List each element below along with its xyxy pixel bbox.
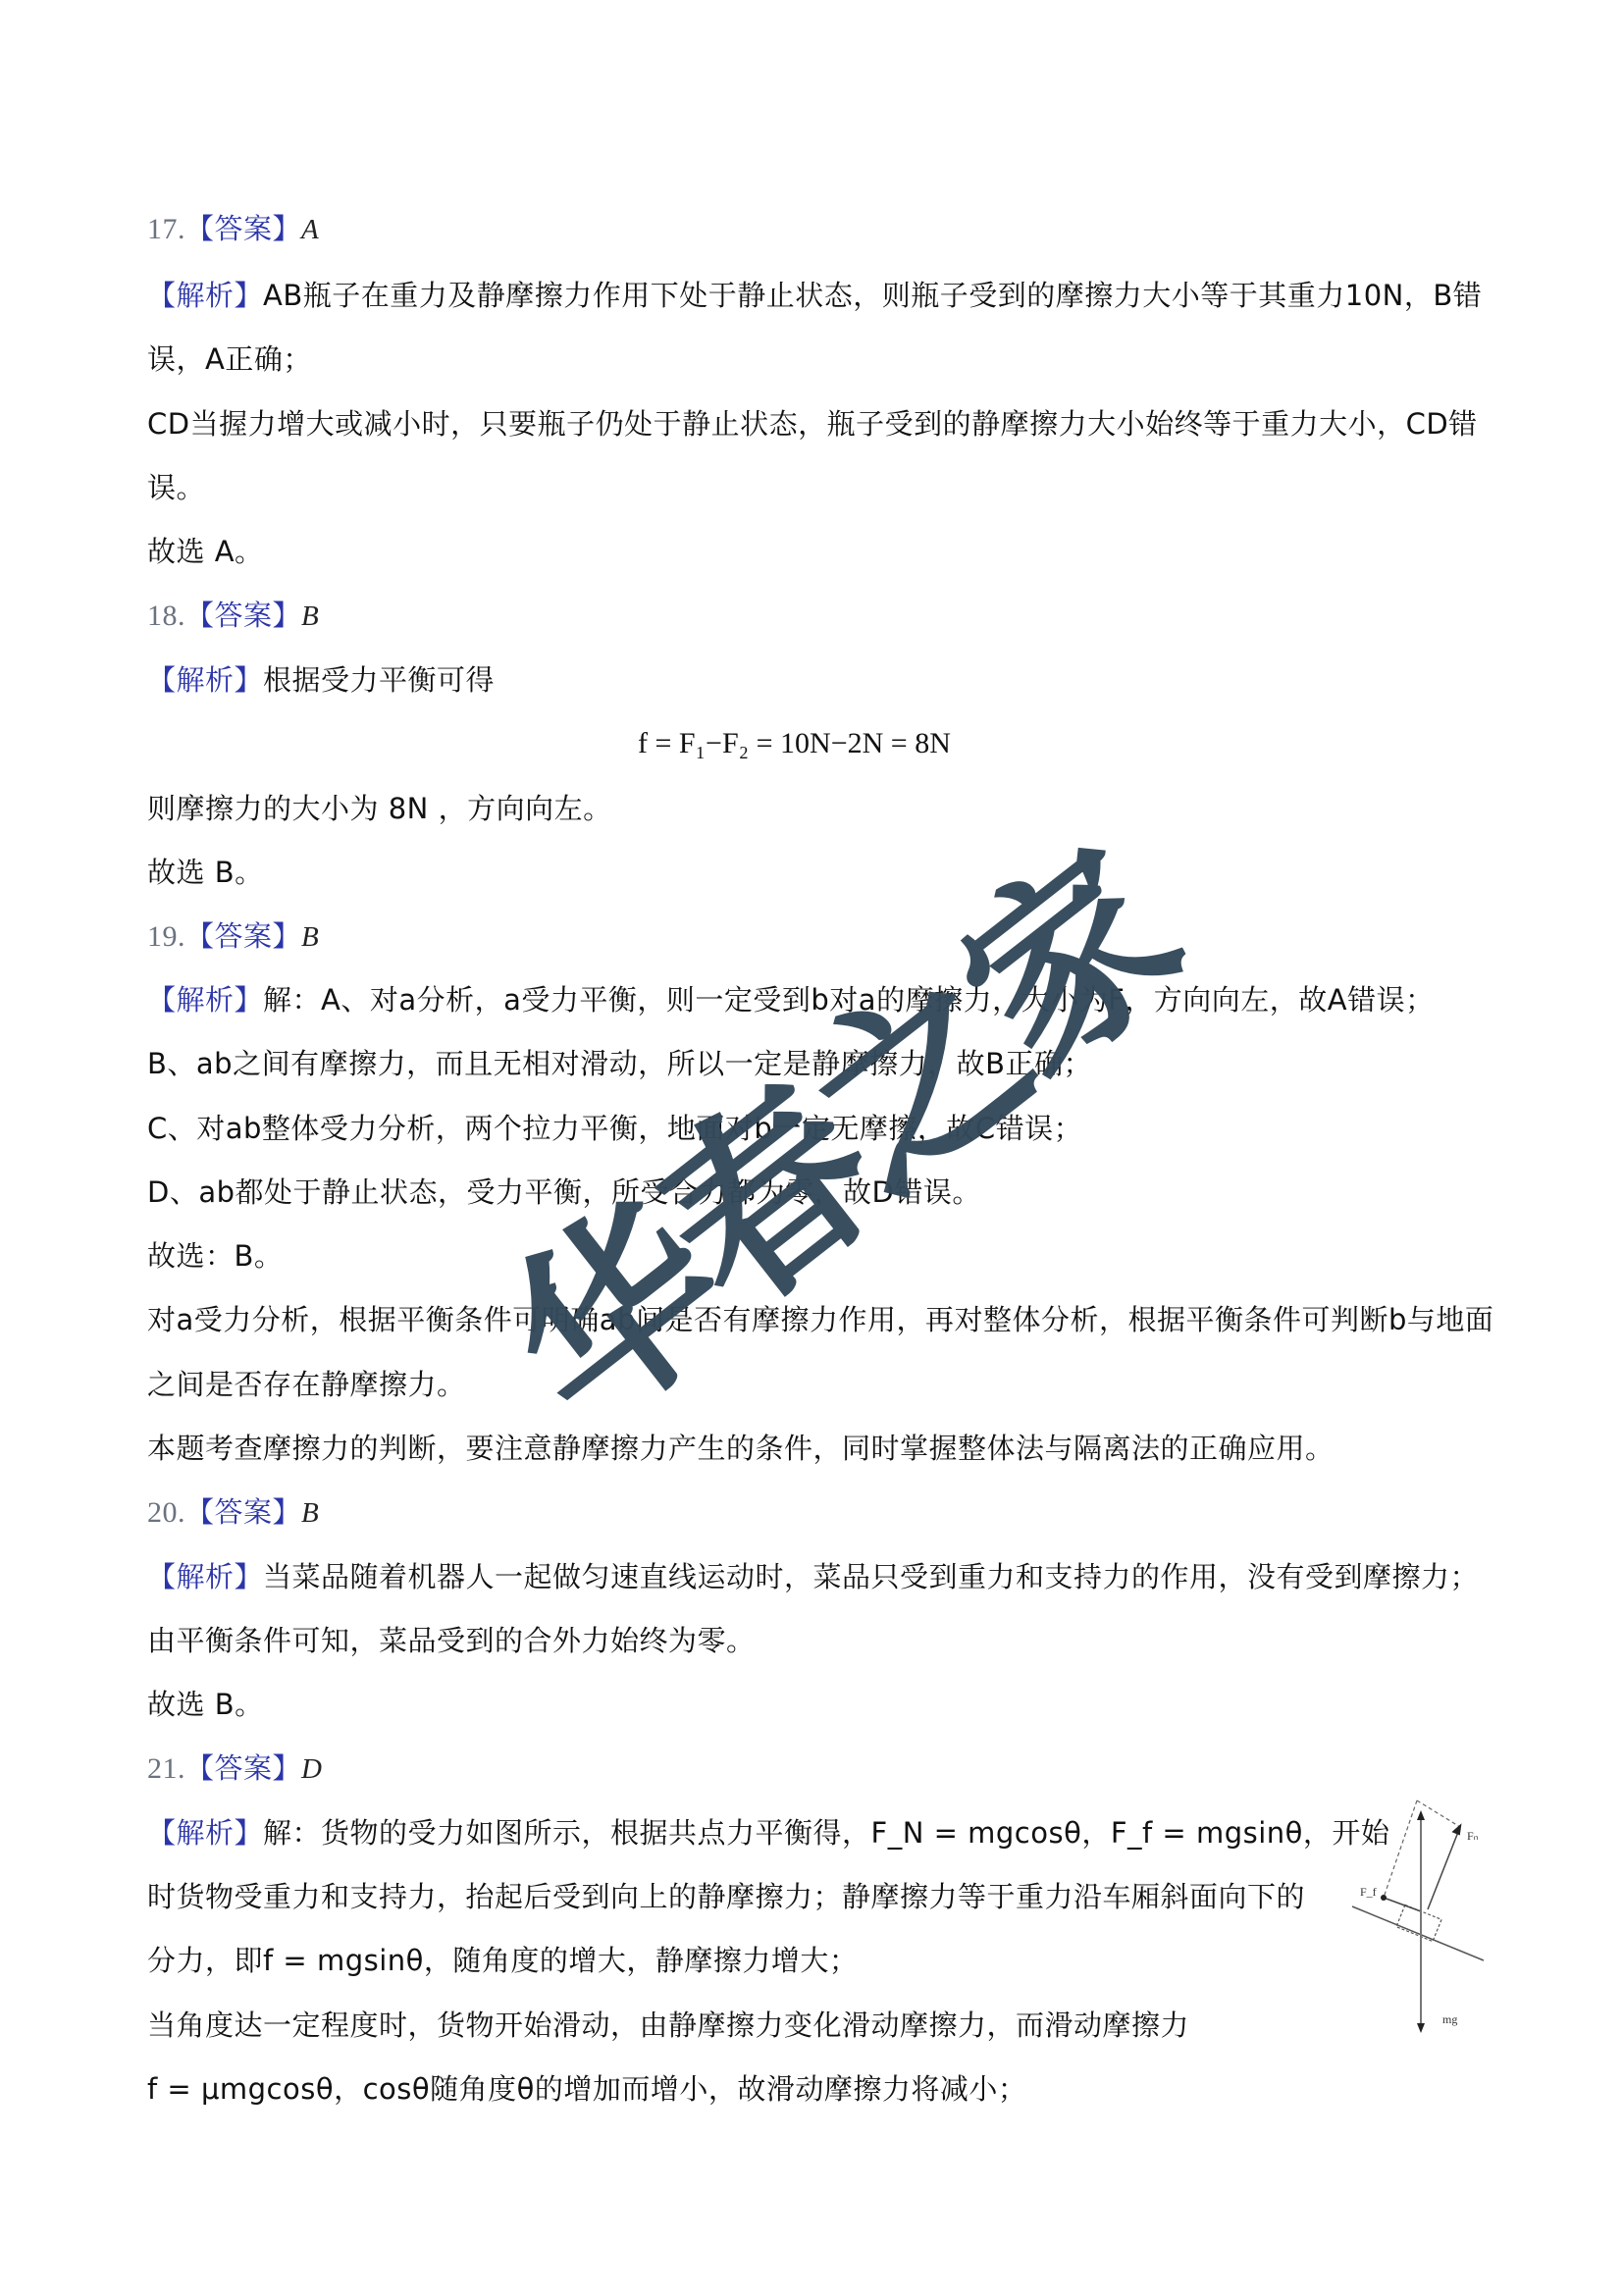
watermark: 华春之家 <box>462 818 1207 1479</box>
answer-value: D <box>301 1753 322 1785</box>
analysis-text: 解：A、对a分析，a受力平衡，则一定受到b对a的摩擦力，大小为F，方向向左，故A… <box>263 983 1435 1017</box>
q21-analysis-line-4: 当角度达一定程度时，货物开始滑动，由静摩擦力变化滑动摩擦力，而滑动摩擦力 <box>147 2006 1189 2045</box>
q17-conclusion: 故选 A。 <box>147 532 264 571</box>
q19-summary-line-2: 之间是否存在静摩擦力。 <box>147 1365 466 1404</box>
q17-analysis-line-4: 误。 <box>147 468 205 507</box>
q21-analysis-line-3: 分力，即f = mgsinθ，随角度的增大，静摩擦力增大； <box>147 1941 858 1980</box>
q20-header: 20.【答案】B <box>147 1492 319 1532</box>
answer-tag: 【答案】 <box>185 1495 301 1529</box>
incline-force-diagram-icon: Fₙ F_f mg <box>1335 1766 1501 2051</box>
force-diagram: Fₙ F_f mg <box>1335 1766 1501 2051</box>
q21-header: 21.【答案】D <box>147 1748 322 1788</box>
q17-header: 17.【答案】A <box>147 209 319 248</box>
q20-analysis-line-1: 【解析】当菜品随着机器人一起做匀速直线运动时，菜品只受到重力和支持力的作用，没有… <box>147 1557 1479 1596</box>
ff-label: F_f <box>1360 1885 1377 1899</box>
q20-analysis-line-2: 由平衡条件可知，菜品受到的合外力始终为零。 <box>147 1621 756 1660</box>
analysis-text: AB瓶子在重力及静摩擦力作用下处于静止状态，则瓶子受到的摩擦力大小等于其重力10… <box>263 279 1482 312</box>
question-number: 20. <box>147 1496 185 1529</box>
answer-tag: 【答案】 <box>185 919 301 953</box>
answer-value: B <box>301 921 319 953</box>
mg-label: mg <box>1442 2012 1457 2026</box>
q21-analysis-line-5: f = μmgcosθ，cosθ随角度θ的增加而增小，故滑动摩擦力将减小； <box>147 2069 1026 2109</box>
question-number: 19. <box>147 920 185 953</box>
answer-value: A <box>301 214 319 245</box>
answer-tag: 【答案】 <box>185 599 301 632</box>
q18-header: 18.【答案】B <box>147 596 319 635</box>
q19-summary-line-1: 对a受力分析，根据平衡条件可明确ab间是否有摩擦力作用，再对整体分析，根据平衡条… <box>147 1300 1493 1339</box>
q21-analysis-line-1: 【解析】解：货物的受力如图所示，根据共点力平衡得，F_N = mgcosθ，F_… <box>147 1813 1389 1852</box>
analysis-tag: 【解析】 <box>147 663 263 697</box>
q19-analysis-line-4: D、ab都处于静止状态，受力平衡，所受合力都为零，故D错误。 <box>147 1173 981 1212</box>
answer-value: B <box>301 1497 319 1529</box>
q17-analysis-line-1: 【解析】AB瓶子在重力及静摩擦力作用下处于静止状态，则瓶子受到的摩擦力大小等于其… <box>147 276 1482 315</box>
analysis-text: 根据受力平衡可得 <box>263 663 495 697</box>
answer-value: B <box>301 600 319 632</box>
q19-analysis-line-1: 【解析】解：A、对a分析，a受力平衡，则一定受到b对a的摩擦力，大小为F，方向向… <box>147 980 1435 1019</box>
analysis-tag: 【解析】 <box>147 1560 263 1593</box>
analysis-tag: 【解析】 <box>147 1816 263 1850</box>
q20-conclusion: 故选 B。 <box>147 1685 264 1724</box>
analysis-tag: 【解析】 <box>147 983 263 1017</box>
q17-analysis-line-2: 误，A正确； <box>147 339 312 379</box>
analysis-text: 解：货物的受力如图所示，根据共点力平衡得，F_N = mgcosθ，F_f = … <box>263 1816 1389 1850</box>
q18-analysis-line-1: 【解析】根据受力平衡可得 <box>147 660 495 700</box>
question-number: 21. <box>147 1752 185 1785</box>
fn-label: Fₙ <box>1467 1829 1479 1843</box>
q17-analysis-line-3: CD当握力增大或减小时，只要瓶子仍处于静止状态，瓶子受到的静摩擦力大小始终等于重… <box>147 404 1478 444</box>
q19-analysis-line-3: C、对ab整体受力分析，两个拉力平衡，地面对b一定无摩擦，故C错误； <box>147 1109 1082 1148</box>
friction-equation: f = F₁−F₂ = 10N−2N = 8N <box>638 724 951 763</box>
question-number: 17. <box>147 213 185 245</box>
answer-tag: 【答案】 <box>185 212 301 245</box>
analysis-text: 当菜品随着机器人一起做匀速直线运动时，菜品只受到重力和支持力的作用，没有受到摩擦… <box>263 1560 1479 1593</box>
q19-header: 19.【答案】B <box>147 916 319 956</box>
q19-conclusion: 故选：B。 <box>147 1236 283 1276</box>
q18-conclusion: 故选 B。 <box>147 853 264 892</box>
q21-analysis-line-2: 时货物受重力和支持力，抬起后受到向上的静摩擦力；静摩擦力等于重力沿车厢斜面向下的 <box>147 1877 1305 1916</box>
answer-tag: 【答案】 <box>185 1751 301 1785</box>
q18-analysis-line-3: 则摩擦力的大小为 8N ，方向向左。 <box>147 789 612 828</box>
question-number: 18. <box>147 600 185 632</box>
analysis-tag: 【解析】 <box>147 279 263 312</box>
document-page: 17.【答案】A 【解析】AB瓶子在重力及静摩擦力作用下处于静止状态，则瓶子受到… <box>0 0 1623 2296</box>
q19-summary-line-3: 本题考查摩擦力的判断，要注意静摩擦力产生的条件，同时掌握整体法与隔离法的正确应用… <box>147 1429 1335 1468</box>
q19-analysis-line-2: B、ab之间有摩擦力，而且无相对滑动，所以一定是静摩擦力，故B正确； <box>147 1044 1092 1083</box>
